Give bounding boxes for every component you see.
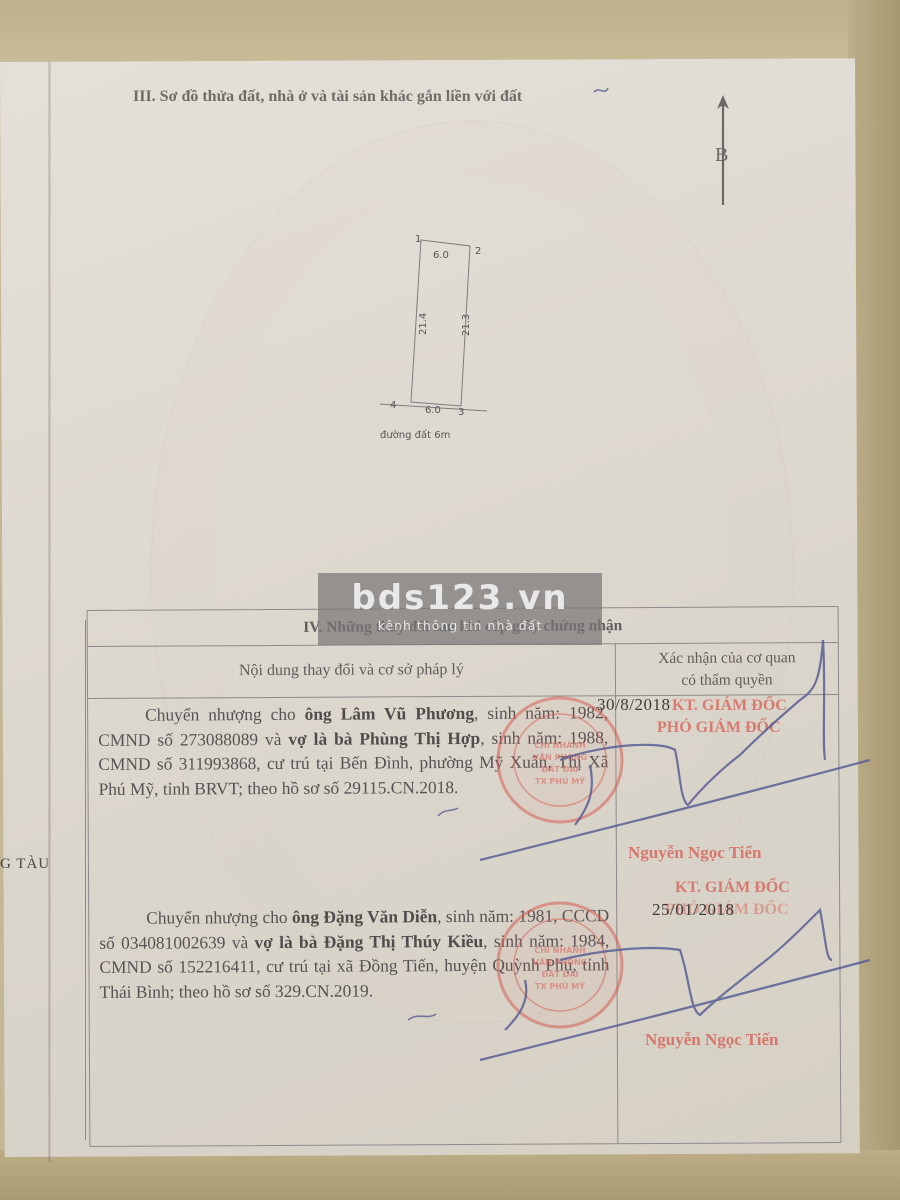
left-page-fragment: G TÀU [0,856,50,873]
left-page-border [85,620,86,1140]
section-3-title: III. Sơ đồ thửa đất, nhà ở và tài sản kh… [133,88,522,106]
watermark-brand: bds123.vn [318,579,602,617]
background-top [0,0,900,62]
svg-text:21.3: 21.3 [461,314,472,336]
svg-text:2: 2 [475,246,481,257]
parcel-diagram: 1 2 3 4 6.0 6.0 21.4 21.3 đường đất 6m [370,228,510,448]
svg-text:3: 3 [458,407,464,418]
svg-text:6.0: 6.0 [425,405,441,416]
north-arrow-icon: B [712,95,734,207]
svg-text:1: 1 [415,234,421,245]
confirm-date-2: 25/01/2018 [652,900,734,920]
signer-name-1: Nguyễn Ngọc Tiến [628,843,762,863]
stamp-title-2a: KT. GIÁM ĐỐC [675,879,790,897]
watermark-tagline: kênh thông tin nhà đất [318,617,602,635]
buyer-name: ông Lâm Vũ Phương [305,703,474,724]
page-fold [48,62,51,1162]
spouse-name: vợ là bà Đặng Thị Thúy Kiều [254,930,483,951]
change-entry-2: Chuyển nhượng cho ông Đặng Văn Diễn, sin… [99,903,610,1004]
content-column-header: Nội dung thay đổi và cơ sở pháp lý [88,643,615,698]
confirm-column-header: Xác nhận của cơ quan có thẩm quyền [616,643,838,696]
change-entry-1: Chuyển nhượng cho ông Lâm Vũ Phương, sin… [98,700,609,801]
svg-text:21.4: 21.4 [418,313,429,335]
road-label: đường đất 6m [380,429,450,441]
watermark-banner: bds123.vn kênh thông tin nhà đất [318,573,602,645]
stamp-title-1a: KT. GIÁM ĐỐC [672,697,787,715]
signer-name-2: Nguyễn Ngọc Tiến [645,1030,779,1050]
changes-table: IV. Những thay đổi sau khi cấp giấy chứn… [87,606,842,1147]
svg-text:4: 4 [390,400,396,411]
svg-text:6.0: 6.0 [433,250,449,261]
confirm-date-1: 30/8/2018 [597,695,670,715]
spouse-name: vợ là bà Phùng Thị Hợp [288,727,480,748]
compass-label: B [715,144,728,166]
buyer-name: ông Đặng Văn Diễn [292,906,437,927]
background-bottom [0,1150,900,1200]
stamp-title-1b: PHÓ GIÁM ĐỐC [657,719,781,737]
column-divider [615,643,619,1143]
